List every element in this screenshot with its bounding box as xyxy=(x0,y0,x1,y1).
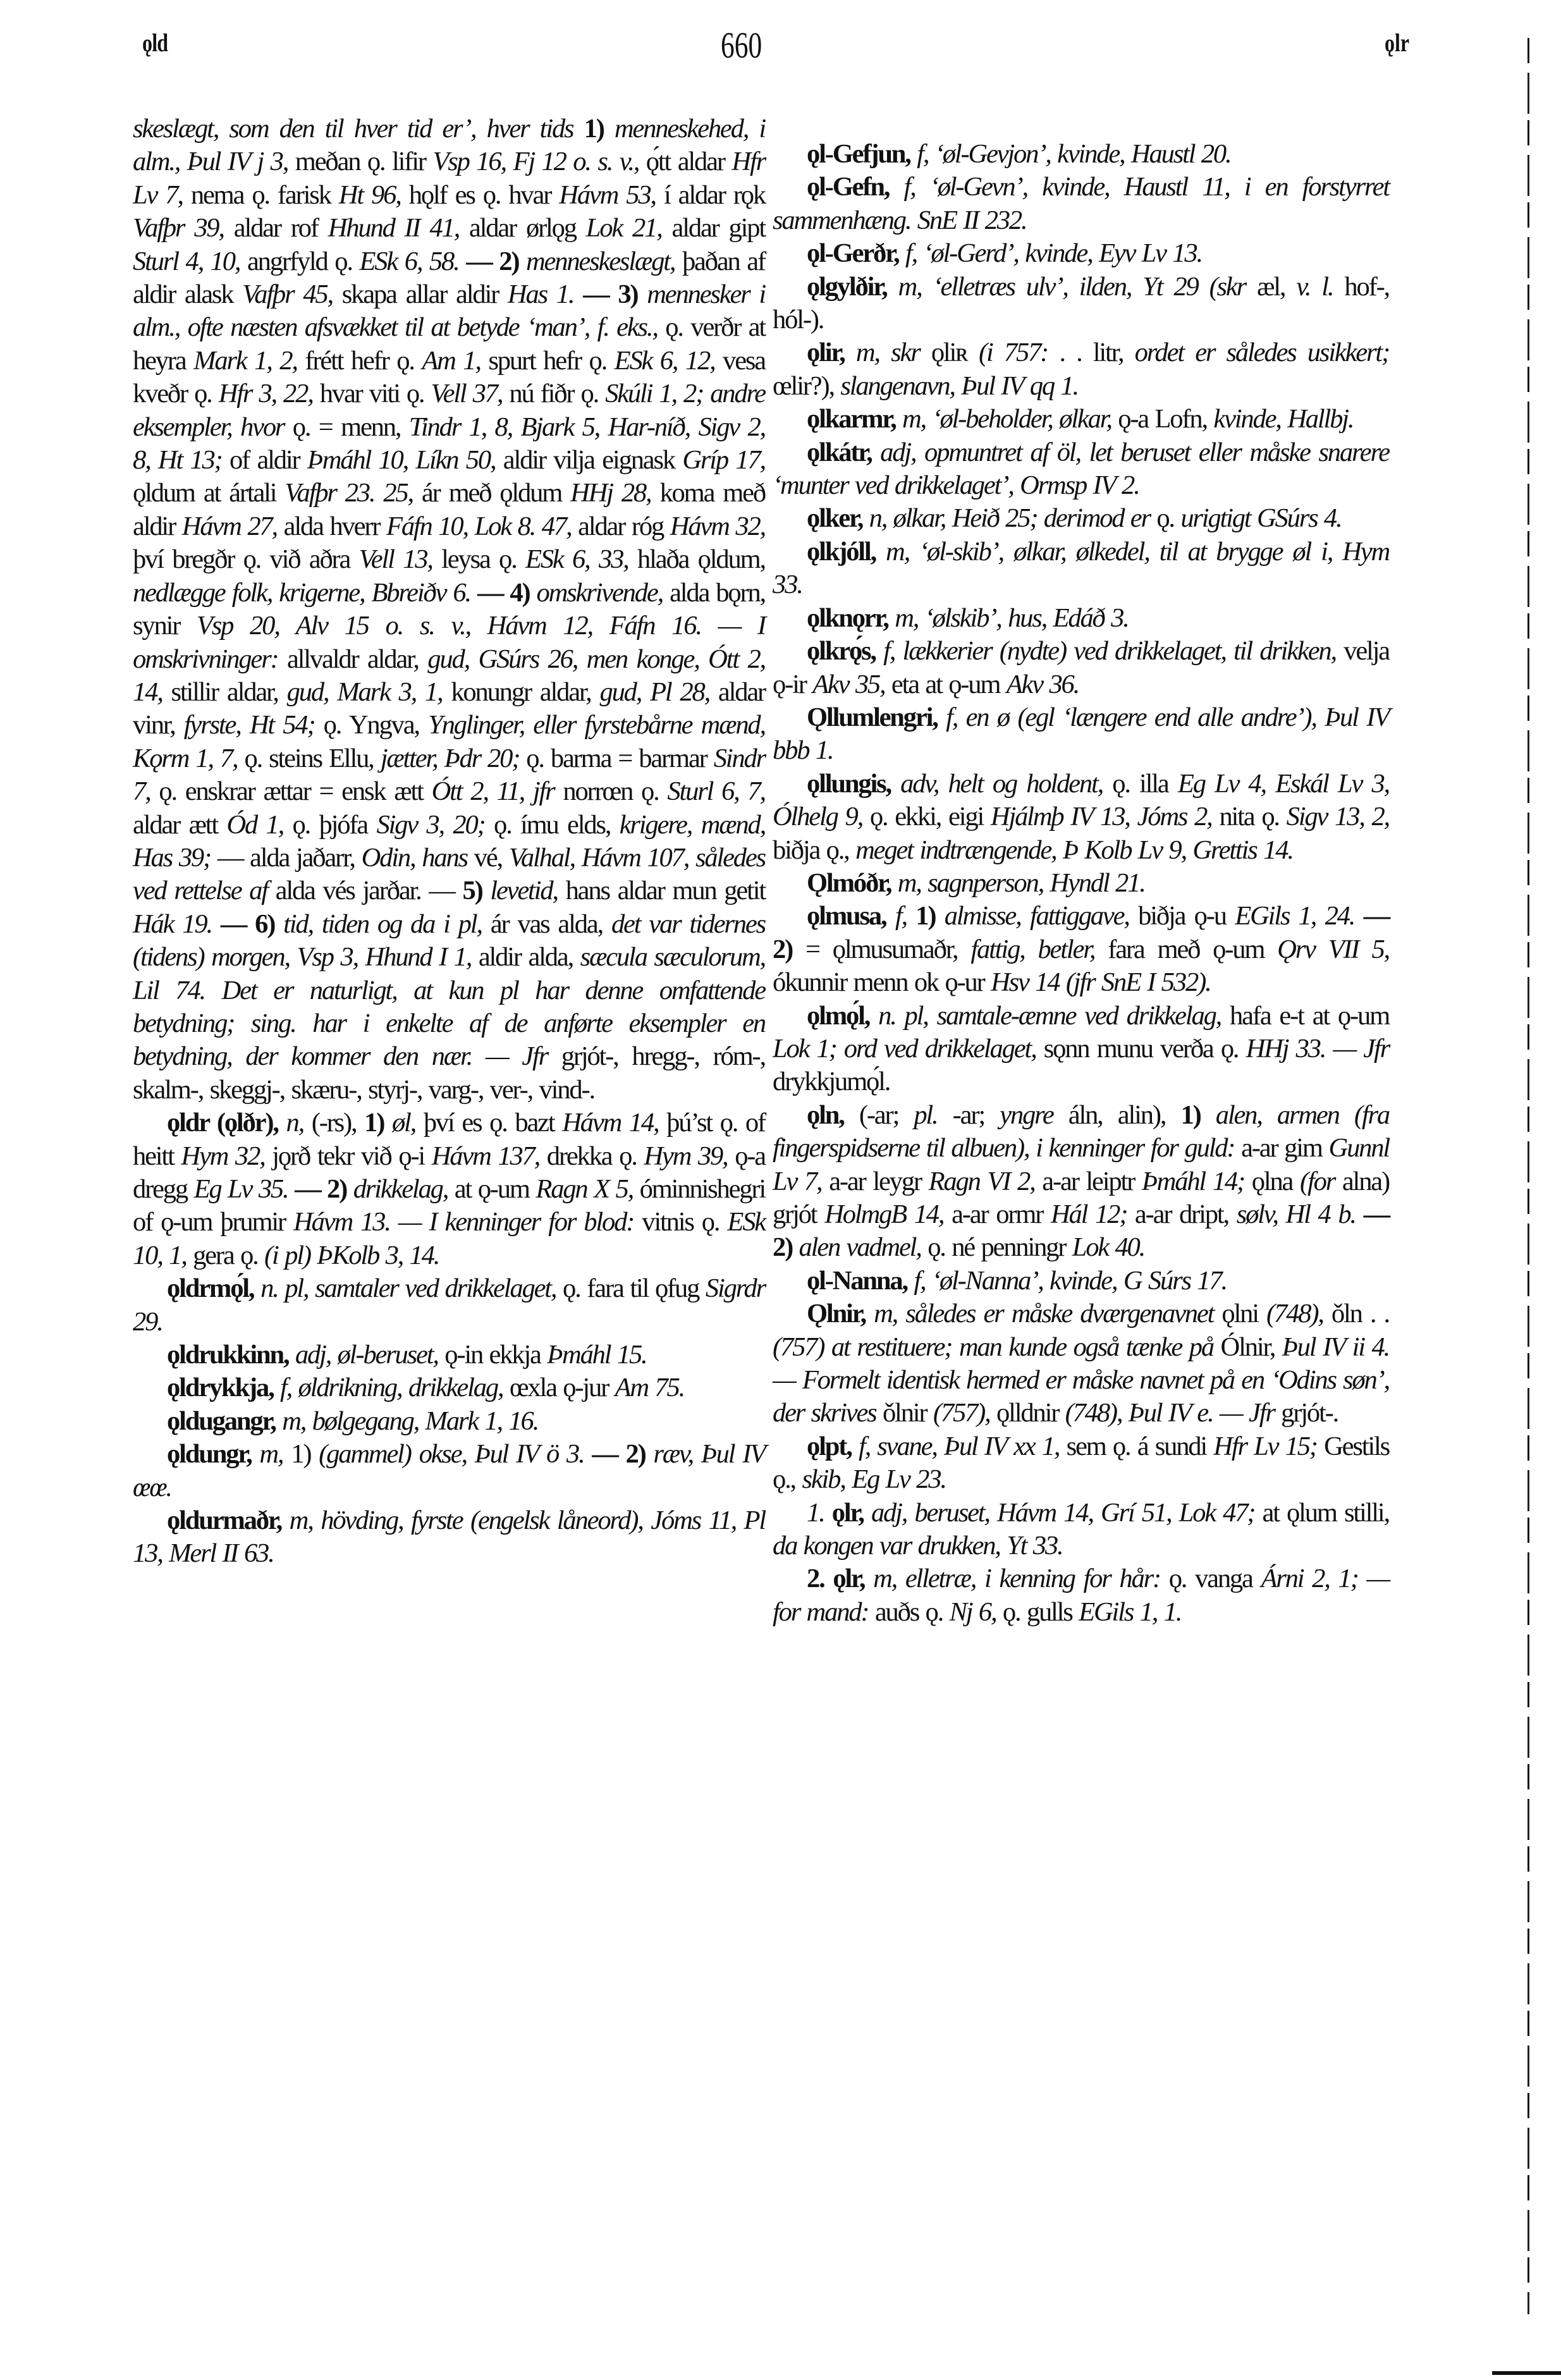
dictionary-entry: ǫldungr, m, 1) (gammel) okse, Þul IV ö 3… xyxy=(133,1438,765,1504)
gloss-italic: m, således er måske dværgenavnet xyxy=(874,1299,1213,1328)
gloss-italic: øl, xyxy=(392,1108,415,1138)
headword: 5) xyxy=(462,876,490,905)
gloss-italic: urigtigt GSúrs 4. xyxy=(1180,503,1341,533)
gloss-italic: m, sagnperson, Hyndl 21. xyxy=(898,868,1145,898)
gloss-italic: Ǫrv VII 5, xyxy=(1277,935,1389,964)
gloss-italic: Akv 36. xyxy=(1007,670,1079,699)
citation-text: konungr aldar, xyxy=(442,677,599,707)
citation-text: skapa allar aldir xyxy=(333,279,508,309)
gloss-italic: f, lækkerier (nydte) ved drikkelaget, ti… xyxy=(883,636,1336,666)
citation-text: a-ar ormr xyxy=(943,1199,1051,1229)
headword: ǫldugangr, xyxy=(167,1406,282,1436)
citation-text: norrœn ǫ. xyxy=(554,776,668,806)
dictionary-entry: ǫln, (-ar; pl. -ar; yngre áln, alin), 1)… xyxy=(773,1099,1389,1265)
gloss-italic: Hfr 3, 22, xyxy=(219,379,313,408)
citation-text: því bregðr ǫ. við aðra xyxy=(133,544,359,574)
dictionary-entry: skeslægt, som den til hver tid er’, hver… xyxy=(133,113,765,1107)
gloss-italic: da kongen var drukken, Yt 33. xyxy=(773,1531,1062,1561)
headword: 1) xyxy=(915,901,944,931)
gloss-italic: Akv 35, xyxy=(812,670,885,699)
gloss-italic: n. pl, samtale-æmne ved drikkelag, xyxy=(878,1001,1221,1031)
citation-text: ǫ. barma = barmar xyxy=(519,744,713,773)
headword: ǫl-Gefjun, xyxy=(807,139,917,169)
gloss-italic: Hávm 27, xyxy=(182,512,277,541)
gloss-italic: nedlægge folk, krigerne, Bbreiðv 6. xyxy=(133,578,470,608)
citation-text: eta at ǫ-um xyxy=(885,670,1006,699)
gloss-italic: Hávm 13. — I kenninger for blod: xyxy=(293,1207,634,1237)
headword: — 2) xyxy=(288,1174,353,1204)
dictionary-entry: Ǫllumlengri, f, en ø (egl ‘længere end a… xyxy=(773,701,1389,768)
gloss-italic: EGils 1, 1. xyxy=(1079,1597,1181,1627)
gloss-italic: Sturl 6, 7, xyxy=(667,776,765,806)
gloss-italic: Vafþr 39, xyxy=(133,213,224,243)
headword: ǫldungr, xyxy=(167,1439,259,1469)
citation-text: alda hverr xyxy=(277,512,386,541)
citation-text: = ǫlmusumaðr, xyxy=(805,935,970,964)
gloss-italic: kvinde, Hallbj. xyxy=(1213,404,1353,434)
page-number: 660 xyxy=(721,24,762,66)
headword: ǫldr (ǫlðr), xyxy=(167,1108,286,1138)
gloss-italic: Hym 32, xyxy=(181,1141,264,1171)
left-guideword: ǫld xyxy=(142,28,168,58)
headword: ǫlmǫ́l, xyxy=(807,1001,878,1031)
dictionary-entry: ǫlgylðir, m, ‘elletræs ulv’, ilden, Yt 2… xyxy=(773,271,1389,337)
dictionary-entry: ǫl-Nanna, f, ‘øl-Nanna’, kvinde, G Súrs … xyxy=(773,1265,1389,1297)
citation-text: stillir aldar, xyxy=(162,677,287,707)
running-header: ǫld 660 ǫlr xyxy=(0,24,1561,68)
gloss-italic: Am 75. xyxy=(615,1373,684,1402)
citation-text: ókunnir menn ok ǫ-ur xyxy=(773,967,991,997)
gloss-italic: n. pl, samtaler ved drikkelaget, xyxy=(260,1273,556,1303)
citation-text: ǫ. enskrar ættar = ensk ætt xyxy=(150,776,432,806)
headword: Ǫlmóðr, xyxy=(807,868,898,898)
gloss-italic: (748), xyxy=(1266,1299,1323,1328)
citation-text: sem ǫ. á sundi xyxy=(1059,1432,1213,1461)
dictionary-entry: ǫlker, n, ølkar, Heið 25; derimod er ǫ. … xyxy=(773,502,1389,535)
citation-text: ǫ-a Lofn, xyxy=(1111,404,1214,434)
gloss-italic: Am 1, xyxy=(422,346,481,376)
page-edge-shadow xyxy=(1524,38,1533,2314)
gloss-italic: drikkelag, xyxy=(353,1174,448,1204)
citation-text: ǫ. illa xyxy=(1103,769,1178,799)
gloss-italic: Sigv 3, 20; xyxy=(376,810,484,840)
citation-text: vé, xyxy=(467,843,509,873)
citation-text: (-rs), xyxy=(303,1108,364,1138)
citation-text: hǫlf es ǫ. hvar xyxy=(401,180,560,210)
citation-text: a-ar leiptr xyxy=(1035,1167,1142,1196)
citation-text: ǫ. vanga xyxy=(1160,1564,1261,1593)
headword: — 4) xyxy=(470,578,537,608)
gloss-italic: levetid, xyxy=(490,876,558,905)
headword: ǫllungis, xyxy=(807,769,900,799)
citation-text: a-ar gim xyxy=(1234,1133,1328,1163)
headword: ǫldurmaðr, xyxy=(167,1506,290,1535)
headword: ǫlir, xyxy=(807,338,856,367)
headword: ǫlr, xyxy=(832,1498,871,1528)
citation-text: angrfyld ǫ. xyxy=(240,247,359,276)
citation-text: drykkjumǫ́l. xyxy=(773,1067,890,1096)
citation-text: ǫliʀ xyxy=(920,338,979,367)
dictionary-entry: ǫldrukkinn, adj, øl-beruset, ǫ-in ekkja … xyxy=(133,1339,765,1371)
gloss-italic: ordet er således usikkert; xyxy=(1135,338,1389,367)
headword: Ǫllumlengri, xyxy=(807,702,946,732)
citation-text: jǫrð tekr við ǫ-i xyxy=(265,1141,432,1171)
gloss-italic: Vafþr 23. 25, xyxy=(285,478,413,508)
citation-text: a-ar leygr xyxy=(821,1167,928,1196)
citation-text: aldir alda, xyxy=(471,942,580,972)
headword: ǫlker, xyxy=(807,503,869,533)
gloss-italic: Vell 13, xyxy=(359,544,432,574)
headword: ǫldrukkinn, xyxy=(167,1340,295,1370)
dictionary-entry: ǫlkrǫ́s, f, lækkerier (nydte) ved drikke… xyxy=(773,635,1389,701)
gloss-italic: (748), Þul IV e. — Jfr xyxy=(1065,1398,1275,1428)
gloss-italic: adj, beruset, Hávm 14, Grí 51, Lok 47; xyxy=(871,1498,1254,1528)
citation-text: gera ǫ. xyxy=(187,1241,264,1270)
headword: — 2) xyxy=(459,247,526,276)
citation-text: nita ǫ. xyxy=(1212,802,1287,831)
citation-text: ǫ. gulls xyxy=(996,1597,1079,1627)
gloss-italic: f, ‘øl-Nanna’, kvinde, G Súrs 17. xyxy=(914,1266,1227,1296)
citation-text: of aldir xyxy=(222,445,307,475)
gloss-italic: Ód 1, xyxy=(226,810,283,840)
headword: ǫldrykkja, xyxy=(167,1373,280,1402)
citation-text: því es ǫ. bazt xyxy=(415,1108,562,1138)
dictionary-entry: Ǫlmóðr, m, sagnperson, Hyndl 21. xyxy=(773,867,1389,900)
dictionary-entry: ǫlir, m, skr ǫliʀ (i 757: . . litr, orde… xyxy=(773,336,1389,403)
gloss-italic: HolmgB 14, xyxy=(824,1199,943,1229)
dictionary-entry: ǫl-Gefjun, f, ‘øl-Gevjon’, kvinde, Haust… xyxy=(773,138,1389,171)
gloss-italic: gud, Mark 3, 1, xyxy=(287,677,443,707)
citation-text: ǫldum at ártali xyxy=(133,478,285,508)
gloss-italic: Ragn X 5, xyxy=(536,1174,633,1204)
gloss-italic: yngre xyxy=(1000,1100,1053,1130)
gloss-italic: Lok 21, xyxy=(586,213,662,243)
gloss-italic: Ótt 2, 11, jfr xyxy=(432,776,554,806)
citation-text: æl, xyxy=(1246,272,1296,302)
citation-text: ǫ. þjófa xyxy=(283,810,376,840)
dictionary-entry: ǫlkarmr, m, ‘øl-beholder, ølkar, ǫ-a Lof… xyxy=(773,403,1389,436)
gloss-italic: HHj 33. — Jfr xyxy=(1246,1034,1389,1064)
headword: Ǫlnir, xyxy=(807,1299,874,1328)
headword: ǫl-Nanna, xyxy=(807,1266,914,1296)
gloss-italic: tid, tiden og da i pl, xyxy=(283,909,482,939)
gloss-italic: Hym 39, xyxy=(644,1141,727,1171)
gloss-italic: 1. xyxy=(807,1498,832,1528)
citation-text: nú fiðr ǫ. xyxy=(502,379,605,408)
dictionary-entry: ǫldrykkja, f, øldrikning, drikkelag, œxl… xyxy=(133,1371,765,1404)
citation-text: ǫ. ekki, eigi xyxy=(862,802,991,831)
dictionary-entry: ǫlpt, f, svane, Þul IV xx 1, sem ǫ. á su… xyxy=(773,1430,1389,1497)
citation-text: allvaldr aldar, xyxy=(278,644,427,674)
headword: ǫlpt, xyxy=(807,1432,859,1461)
gloss-italic: jætter, Þdr 20; xyxy=(381,744,520,773)
dictionary-entry: ǫlkátr, adj, opmuntret af öl, let beruse… xyxy=(773,436,1389,503)
headword: 1) xyxy=(1180,1100,1215,1130)
gloss-italic: (i pl) ÞKolb 3, 14. xyxy=(264,1241,439,1270)
gloss-italic: adv, helt og holdent, xyxy=(900,769,1103,799)
citation-text: ǫ. né penningr xyxy=(921,1232,1072,1262)
headword: ǫlkarmr, xyxy=(807,404,902,434)
citation-text: aldar róg xyxy=(571,512,670,541)
citation-text: œxla ǫ-jur xyxy=(503,1373,615,1402)
gloss-italic: Hál 12; xyxy=(1051,1199,1127,1229)
gloss-italic: Hjálmþ IV 13, Jóms 2, xyxy=(991,802,1212,831)
headword: — 6) xyxy=(212,909,283,939)
dictionary-entry: ǫlkjóll, m, ‘øl-skib’, ølkar, ølkedel, t… xyxy=(773,536,1389,602)
dictionary-entry: ǫldurmaðr, m, hövding, fyrste (engelsk l… xyxy=(133,1504,765,1571)
gloss-italic: Eg Lv 35. xyxy=(194,1174,288,1204)
gloss-italic: Ht 96, xyxy=(339,180,401,210)
gloss-italic: skib, Eg Lv 23. xyxy=(802,1464,945,1494)
gloss-italic: Hhund II 41, xyxy=(328,213,459,243)
gloss-italic: EGils 1, 24. xyxy=(1235,901,1354,931)
gloss-italic: Hávm 53, xyxy=(559,180,656,210)
headword: — 2) xyxy=(584,1439,653,1469)
gloss-italic: f, ‘øl-Gerd’, kvinde, Eyv Lv 13. xyxy=(905,238,1202,268)
citation-text: áln, alin), xyxy=(1053,1100,1181,1130)
gloss-italic: ESk 6, 58. xyxy=(359,247,458,276)
headword: ǫlkátr, xyxy=(807,438,880,467)
gloss-italic: v. l. xyxy=(1296,272,1333,302)
gloss-italic: menneskeslægt, xyxy=(526,247,675,276)
dictionary-entry: ǫl-Gefn, f, ‘øl-Gevn’, kvinde, Haustl 11… xyxy=(773,171,1389,237)
gloss-italic: m, skr xyxy=(856,338,920,367)
dictionary-entry: 2. ǫlr, m, elletræ, i kenning for hår: ǫ… xyxy=(773,1562,1389,1629)
gloss-italic: sølv, Hl 4 b. xyxy=(1237,1199,1356,1229)
citation-text: auðs ǫ. xyxy=(868,1597,949,1627)
citation-text: aldar ætt xyxy=(133,810,226,840)
binding-edge-line xyxy=(1527,38,1529,2314)
gloss-italic: Lok 1; ord ved drikkelaget, xyxy=(773,1034,1036,1064)
dictionary-entry: ǫldugangr, m, bølgegang, Mark 1, 16. xyxy=(133,1405,765,1438)
gloss-italic: fyrste, Ht 54; xyxy=(184,710,315,740)
headword: ǫl-Gerðr, xyxy=(807,238,905,268)
citation-text: ǫ-in ekkja xyxy=(438,1340,547,1370)
citation-text: ǫ. fara til ǫfug xyxy=(556,1273,706,1303)
citation-text: at ǫlum stilli, xyxy=(1254,1498,1389,1528)
citation-text: aldar ørlǫg xyxy=(459,213,586,243)
citation-text: frétt hefr ǫ. xyxy=(297,346,422,376)
gloss-italic: adj, øl-beruset, xyxy=(295,1340,438,1370)
citation-text: biðja ǫ-u xyxy=(1129,901,1235,931)
citation-text: hlaða ǫldum, xyxy=(628,544,765,574)
gloss-italic: Lok 40. xyxy=(1072,1232,1144,1262)
headword: ǫlknǫrr, xyxy=(807,603,895,633)
gloss-italic: Vsp 16, Fj 12 o. s. v., xyxy=(432,147,639,176)
gloss-italic: Þmáhl 14; xyxy=(1142,1167,1244,1196)
gloss-italic: n, xyxy=(286,1108,303,1138)
gloss-italic: ESk 6, 33, xyxy=(525,544,628,574)
citation-text: í aldar rǫk xyxy=(656,180,765,210)
gloss-italic: Nj 6, xyxy=(950,1597,996,1627)
citation-text: vitnis ǫ. xyxy=(634,1207,727,1237)
gloss-italic: m, elletræ, i kenning for hår: xyxy=(873,1564,1160,1593)
headword: ǫldrmǫ́l, xyxy=(167,1273,260,1303)
citation-text: alda vés jarðar. — xyxy=(267,876,463,905)
gloss-italic: Hfr Lv 15; xyxy=(1213,1432,1317,1461)
citation-text: meðan ǫ. lifir xyxy=(288,147,432,176)
headword: ǫl-Gefn, xyxy=(807,172,903,202)
headword: 1) xyxy=(584,114,615,144)
gloss-italic: Fáfn 10, Lok 8. 47, xyxy=(386,512,571,541)
citation-text: aldir vilja eignask xyxy=(495,445,682,475)
citation-text: nema ǫ. farisk xyxy=(183,180,339,210)
gloss-italic: Hák 19. xyxy=(133,909,212,939)
gloss-italic: Hávm 32, xyxy=(670,512,765,541)
citation-text: -ar; xyxy=(938,1100,1000,1130)
gloss-italic: f, svane, Þul IV xx 1, xyxy=(859,1432,1059,1461)
gloss-italic: fattig, betler, xyxy=(970,935,1094,964)
gloss-italic: f, ‘øl-Gevjon’, kvinde, Haustl 20. xyxy=(917,139,1230,169)
citation-text: at ǫ-um xyxy=(448,1174,536,1204)
citation-text: ǫ. = menn, xyxy=(284,412,408,442)
gloss-italic: skeslægt, som den til hver tid er’, hver… xyxy=(133,114,584,144)
headword: — 3) xyxy=(573,279,647,309)
gloss-italic: m, bølgegang, Mark 1, 16. xyxy=(282,1406,538,1436)
headword: ǫlgylðir, xyxy=(807,272,898,302)
headword: ǫlkjóll, xyxy=(807,537,886,567)
citation-text: ǫ. ímu elds, xyxy=(485,810,620,840)
gloss-italic: Vafþr 45, xyxy=(242,279,333,309)
citation-text: ǒlnir xyxy=(876,1398,933,1428)
dictionary-entry: ǫllungis, adv, helt og holdent, ǫ. illa … xyxy=(773,768,1389,867)
gloss-italic: ESk 6, 12, xyxy=(615,346,715,376)
citation-text: ǫlni xyxy=(1213,1299,1266,1328)
citation-text: ǫlldnir xyxy=(990,1398,1065,1428)
gloss-italic: m, ‘øl-beholder, ølkar, xyxy=(902,404,1111,434)
headword: ǫlkrǫ́s, xyxy=(807,636,883,666)
gloss-italic: (i 757: xyxy=(979,338,1048,367)
gloss-italic: omskrivende, xyxy=(537,578,663,608)
gloss-italic: alen vadmel, xyxy=(799,1232,921,1262)
gloss-italic: almisse, fattiggave, xyxy=(945,901,1129,931)
gloss-italic: Hávm 14, xyxy=(562,1108,658,1138)
citation-text: grjót-. xyxy=(1275,1398,1338,1428)
gloss-italic: meget indtrængende, Þ Kolb Lv 9, Grettis… xyxy=(855,835,1293,865)
dictionary-entry: 1. ǫlr, adj, beruset, Hávm 14, Grí 51, L… xyxy=(773,1497,1389,1563)
citation-text: hvar viti ǫ. xyxy=(313,379,431,408)
gloss-italic: (for xyxy=(1300,1167,1335,1196)
gloss-italic: m, ‘elletræs ulv’, ilden, Yt 29 (skr xyxy=(898,272,1246,302)
citation-text: hafa e-t at ǫ-um xyxy=(1221,1001,1389,1031)
citation-text: ǫ. xyxy=(1150,503,1180,533)
citation-text: drekka ǫ. xyxy=(539,1141,644,1171)
headword: 2. xyxy=(807,1564,833,1593)
gloss-italic: (gammel) okse, Þul IV ö 3. xyxy=(319,1439,584,1469)
citation-text: aldar gipt xyxy=(662,213,765,243)
right-guideword: ǫlr xyxy=(1385,28,1409,58)
citation-text: spurt hefr ǫ. xyxy=(481,346,615,376)
citation-text: ár vas alda, xyxy=(482,909,611,939)
gloss-italic: Þmáhl 10, Líkn 50, xyxy=(307,445,496,475)
dictionary-entry: ǫlknǫrr, m, ‘ølskib’, hus, Edáð 3. xyxy=(773,602,1389,635)
dictionary-entry: ǫldrmǫ́l, n. pl, samtaler ved drikkelage… xyxy=(133,1272,765,1339)
gloss-italic: Vell 37, xyxy=(431,379,502,408)
citation-text: — alda jaðarr, xyxy=(211,843,362,873)
gloss-italic: m, xyxy=(259,1439,283,1469)
gloss-italic: HHj 28, xyxy=(570,478,651,508)
gloss-italic: n, ølkar, Heið 25; derimod er xyxy=(869,503,1150,533)
citation-text: (-ar; xyxy=(859,1100,914,1130)
headword: ǫlmusa, xyxy=(807,901,895,931)
dictionary-entry: ǫl-Gerðr, f, ‘øl-Gerd’, kvinde, Eyv Lv 1… xyxy=(773,237,1389,270)
citation-text: ǒln . . xyxy=(1323,1299,1389,1328)
gloss-italic: (757) at restituere; man kunde også tænk… xyxy=(773,1332,1213,1362)
gloss-italic: m, ‘ølskib’, hus, Edáð 3. xyxy=(895,603,1128,633)
citation-text: biðja ǫ., xyxy=(773,835,855,865)
headword: 1) xyxy=(364,1108,392,1138)
citation-text: ǫ́tt aldar xyxy=(639,147,732,176)
citation-text: 1) xyxy=(283,1439,319,1469)
citation-text: aldar rof xyxy=(224,213,328,243)
citation-text: Ólnir, xyxy=(1213,1332,1282,1362)
headword: ǫlr, xyxy=(833,1564,873,1593)
gloss-italic: Gríp 17, xyxy=(682,445,765,475)
gloss-italic: Sturl 4, 10, xyxy=(133,247,240,276)
headword: ǫln, xyxy=(807,1100,859,1130)
citation-text: sǫnn munu verða ǫ. xyxy=(1036,1034,1246,1064)
citation-text: ǫ. steins Ellu, xyxy=(237,744,380,773)
citation-text: ár með ǫldum xyxy=(413,478,570,508)
gloss-italic: Hsv 14 (jfr SnE I 532). xyxy=(991,967,1210,997)
citation-text: leysa ǫ. xyxy=(432,544,525,574)
dictionary-entry: ǫlmǫ́l, n. pl, samtale-æmne ved drikkela… xyxy=(773,1000,1389,1099)
gloss-italic: f, øldrikning, drikkelag, xyxy=(280,1373,503,1402)
citation-text: fara með ǫ-um xyxy=(1094,935,1277,964)
gloss-italic: Mark 1, 2, xyxy=(193,346,297,376)
gloss-italic: slangenavn, Þul IV qq 1. xyxy=(840,371,1078,401)
citation-text: . . litr, xyxy=(1048,338,1135,367)
citation-text: ǫlna xyxy=(1244,1167,1300,1196)
citation-text: hans aldar mun getit xyxy=(558,876,765,905)
gloss-italic: Þmáhl 15. xyxy=(547,1340,646,1370)
gloss-italic: Ragn VI 2, xyxy=(929,1167,1035,1196)
gloss-italic: pl. xyxy=(914,1100,937,1130)
gloss-italic: Odin, hans xyxy=(362,843,467,873)
right-column: ǫl-Gefjun, f, ‘øl-Gevjon’, kvinde, Haust… xyxy=(773,138,1389,1629)
gloss-italic: gud, Pl 28, xyxy=(599,677,709,707)
left-column: skeslægt, som den til hver tid er’, hver… xyxy=(133,113,765,1571)
dictionary-entry: ǫldr (ǫlðr), n, (-rs), 1) øl, því es ǫ. … xyxy=(133,1107,765,1272)
gloss-italic: Sigv 13, 2, xyxy=(1287,802,1389,831)
gloss-italic: Has 1. xyxy=(508,279,573,309)
dictionary-entry: Ǫlnir, m, således er måske dværgenavnet … xyxy=(773,1297,1389,1430)
gloss-italic: f, xyxy=(895,901,915,931)
gloss-italic: Hávm 137, xyxy=(432,1141,539,1171)
scan-edge-mark xyxy=(1492,2371,1561,2375)
citation-text: ǫ. Yngva, xyxy=(314,710,428,740)
dictionary-entry: ǫlmusa, f, 1) almisse, fattiggave, biðja… xyxy=(773,900,1389,999)
gloss-italic: (757), xyxy=(933,1398,990,1428)
citation-text: œlir?), xyxy=(773,371,840,401)
citation-text: a-ar dript, xyxy=(1127,1199,1237,1229)
